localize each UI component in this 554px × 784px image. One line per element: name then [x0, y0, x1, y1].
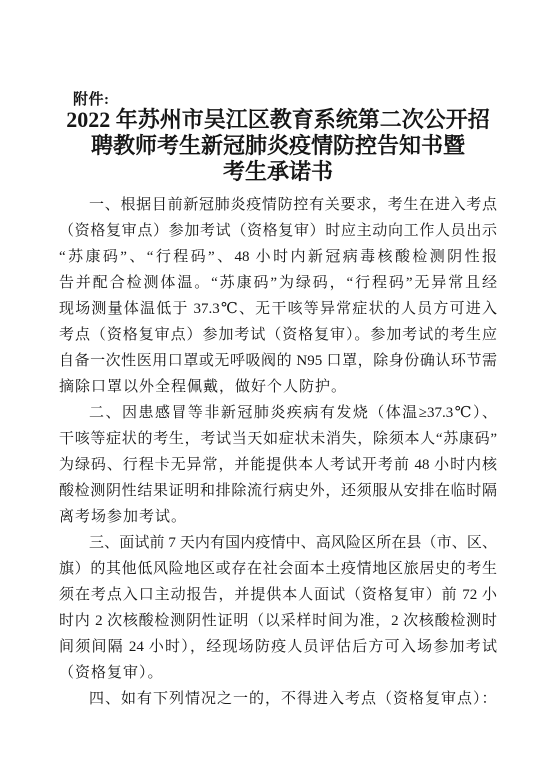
paragraph-1-line: 摘除口罩以外全程佩戴，做好个人防护。 — [59, 374, 497, 400]
paragraph-2-line: 酸检测阴性结果证明和排除流行病史外，还须服从安排在临时隔 — [59, 478, 497, 504]
document-title: 2022 年苏州市吴江区教育系统第二次公开招 聘教师考生新冠肺炎疫情防控告知书暨… — [58, 107, 498, 185]
paragraph-4-line: 四、如有下列情况之一的，不得进入考点（资格复审点）： — [59, 686, 497, 712]
title-line-2: 聘教师考生新冠肺炎疫情防控告知书暨 — [58, 133, 498, 159]
document-body: 一、根据目前新冠肺炎疫情防控有关要求，考生在进入考点 （资格复审点）参加考试（资… — [59, 192, 497, 712]
paragraph-3-line: 旗）的其他低风险地区或存在社会面本土疫情地区旅居史的考生 — [59, 556, 497, 582]
paragraph-3-line: 三、面试前 7 天内有国内疫情中、高风险区所在县（市、区、 — [59, 530, 497, 556]
paragraph-3-line: （资格复审）。 — [59, 660, 497, 686]
paragraph-1-line: 告并配合检测体温。“苏康码”为绿码，“行程码”无异常且经 — [59, 270, 497, 296]
paragraph-2-line: 干咳等症状的考生，考试当天如症状未消失，除须本人“苏康码” — [59, 426, 497, 452]
paragraph-1-line: 现场测量体温低于 37.3℃、无干咳等异常症状的人员方可进入 — [59, 296, 497, 322]
paragraph-2-line: 为绿码、行程卡无异常，并能提供本人考试开考前 48 小时内核 — [59, 452, 497, 478]
document-page: 附件: 2022 年苏州市吴江区教育系统第二次公开招 聘教师考生新冠肺炎疫情防控… — [0, 0, 554, 784]
paragraph-1-line: 自备一次性医用口罩或无呼吸阀的 N95 口罩，除身份确认环节需 — [59, 348, 497, 374]
attachment-label: 附件: — [73, 88, 110, 109]
paragraph-3-line: 间须间隔 24 小时），经现场防疫人员评估后方可入场参加考试 — [59, 634, 497, 660]
title-line-1: 2022 年苏州市吴江区教育系统第二次公开招 — [58, 107, 498, 133]
paragraph-1-line: （资格复审点）参加考试（资格复审）时应主动向工作人员出示 — [59, 218, 497, 244]
paragraph-2-line: 离考场参加考试。 — [59, 504, 497, 530]
paragraph-3-line: 时内 2 次核酸检测阴性证明（以采样时间为准，2 次核酸检测时 — [59, 608, 497, 634]
title-line-3: 考生承诺书 — [58, 159, 498, 185]
paragraph-1-line: 一、根据目前新冠肺炎疫情防控有关要求，考生在进入考点 — [59, 192, 497, 218]
paragraph-1-line: “苏康码”、“行程码”、48 小时内新冠病毒核酸检测阴性报 — [59, 244, 497, 270]
paragraph-2-line: 二、因患感冒等非新冠肺炎疾病有发烧（体温≥37.3℃）、 — [59, 400, 497, 426]
paragraph-1-line: 考点（资格复审点）参加考试（资格复审）。参加考试的考生应 — [59, 322, 497, 348]
paragraph-3-line: 须在考点入口主动报告，并提供本人面试（资格复审）前 72 小 — [59, 582, 497, 608]
